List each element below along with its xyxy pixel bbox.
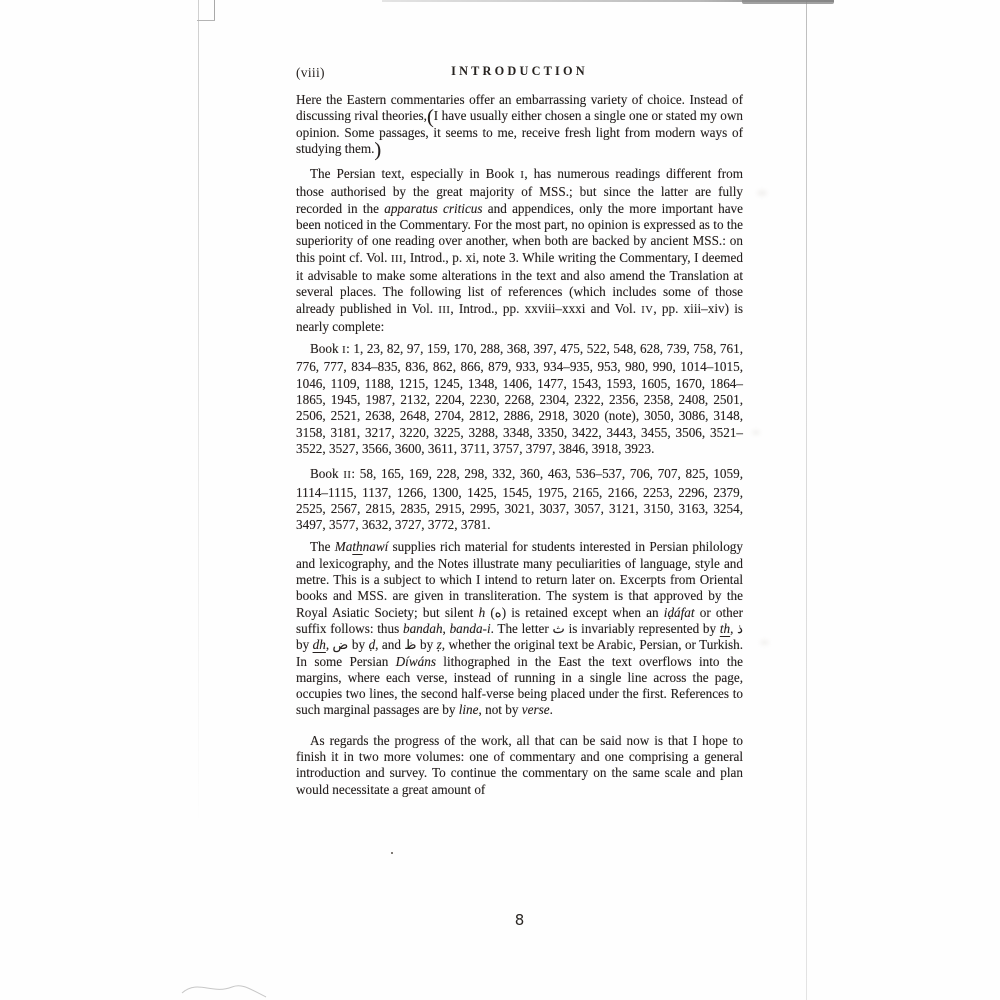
running-head-title: INTRODUCTION bbox=[296, 64, 743, 79]
persian-text-paragraph: The Persian text, especially in Book I, … bbox=[296, 166, 743, 335]
scan-smudge bbox=[757, 190, 767, 196]
page-curl-line bbox=[180, 975, 270, 1000]
corner-registration-mark bbox=[197, 20, 215, 21]
mathnawi-paragraph: The Mathnawí supplies rich material for … bbox=[296, 539, 743, 718]
scan-smudge bbox=[752, 430, 760, 435]
book1-references: Book I: 1, 23, 82, 97, 159, 170, 288, 36… bbox=[296, 341, 743, 457]
page-header: (viii) INTRODUCTION bbox=[296, 64, 743, 82]
scan-left-edge-line bbox=[198, 0, 199, 830]
progress-paragraph: As regards the progress of the work, all… bbox=[296, 733, 743, 798]
page-body: Here the Eastern commentaries offer an e… bbox=[296, 92, 743, 798]
scan-smudge bbox=[760, 640, 769, 645]
opening-paragraph: Here the Eastern commentaries offer an e… bbox=[296, 92, 743, 157]
corner-registration-mark bbox=[214, 0, 215, 20]
scan-right-edge-line bbox=[806, 0, 807, 1000]
ink-speck bbox=[391, 852, 393, 854]
book2-references: Book II: 58, 165, 169, 228, 298, 332, 36… bbox=[296, 466, 743, 533]
page-number: 8 bbox=[296, 911, 743, 929]
scan-top-edge-shadow bbox=[742, 0, 834, 4]
